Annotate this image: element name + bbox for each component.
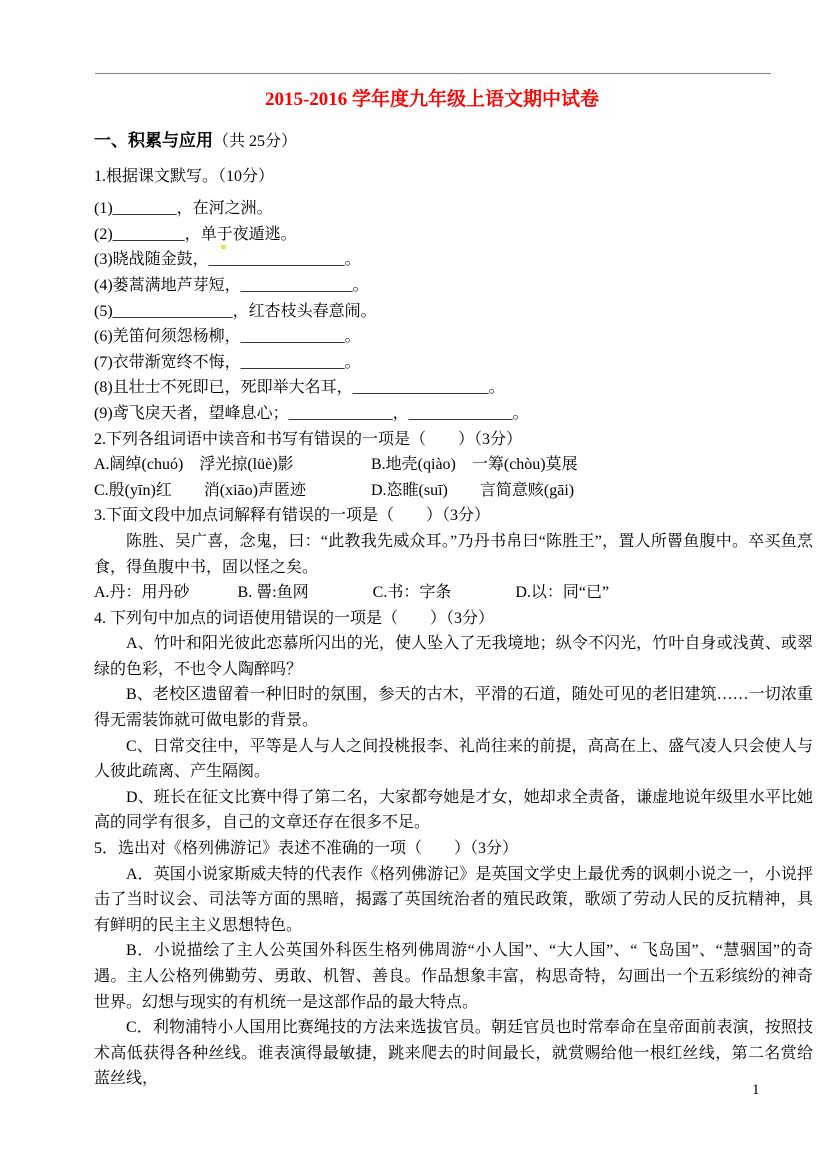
q4-option-b: B、老校区遗留着一种旧时的氛围，参天的古木，平滑的石道，随处可见的老旧建筑……一… [94, 682, 813, 733]
q4-option-d: D、班长在征文比赛中得了第二名，大家都夸她是才女，她却求全责备，谦虚地说年级里水… [94, 785, 813, 836]
q2-options-row-1: A.阔绰(chuó) 浮光掠(lüè)影B.地壳(qiào) 一筹(chòu)莫… [94, 452, 813, 478]
q1-item-1: (1)________，在河之洲。 [94, 196, 813, 222]
q2-option-c: C.殷(yīn)红 消(xiāo)声匿迹 [94, 478, 371, 504]
q2-option-d: D.恣睢(suī) 言简意赅(gāi) [371, 482, 574, 499]
q4-option-c: C、日常交往中，平等是人与人之间投桃报李、礼尚往来的前提，高高在上、盛气凌人只会… [94, 734, 813, 785]
q1-item-5: (5)_______________，红杏枝头春意闹。 [94, 299, 813, 325]
q5-option-c: C．利物浦特小人国用比赛绳技的方法来选拔官员。朝廷官员也时常奉命在皇帝面前表演，… [94, 1015, 813, 1092]
page-number: 1 [752, 1082, 760, 1099]
q5-option-b: B．小说描绘了主人公英国外科医生格列佛周游“小人国”、“大人国”、“ 飞岛国”、… [94, 938, 813, 1015]
q4-option-a: A、竹叶和阳光彼此恋慕所闪出的光，使人坠入了无我境地；纵令不闪光，竹叶自身或浅黄… [94, 631, 813, 682]
q1-item-7: (7)衣带渐宽终不悔，_____________。 [94, 350, 813, 376]
section-heading-suffix: （共 25分） [213, 133, 297, 150]
section-heading: 一、积累与应用（共 25分） [94, 128, 813, 155]
q2-option-b: B.地壳(qiào) 一筹(chòu)莫展 [371, 456, 578, 473]
q4-stem: 4. 下列句中加点的词语使用错误的一项是（ ）（3分） [94, 606, 813, 632]
q5-option-a: A．英国小说家斯威夫特的代表作《格列佛游记》是英国文学史上最优秀的讽刺小说之一，… [94, 862, 813, 939]
yellow-highlight-artifact [221, 245, 226, 249]
q1-item-8: (8)且壮士不死即已，死即举大名耳，_________________。 [94, 375, 813, 401]
q5-stem: 5．选出对《格列佛游记》表述不准确的一项（ ）（3分） [94, 836, 813, 862]
q1-item-9: (9)鸢飞戾天者，望峰息心；_____________，____________… [94, 401, 813, 427]
q2-stem: 2.下列各组词语中读音和书写有错误的一项是（ ）（3分） [94, 427, 813, 453]
document-content: 2015-2016 学年度九年级上语文期中试卷 一、积累与应用（共 25分） 1… [94, 84, 813, 1092]
q1-item-2: (2)_________，单于夜遁逃。 [94, 222, 813, 248]
exam-document-page: 2015-2016 学年度九年级上语文期中试卷 一、积累与应用（共 25分） 1… [0, 0, 827, 1170]
header-rule [95, 73, 771, 74]
q1-dictation-items: (1)________，在河之洲。 (2)_________，单于夜遁逃。 (3… [94, 196, 813, 426]
section-heading-bold: 一、积累与应用 [94, 131, 213, 150]
q1-item-3: (3)晓战随金鼓，_________________。 [94, 247, 813, 273]
q1-item-6: (6)羌笛何须怨杨柳，_____________。 [94, 324, 813, 350]
q3-stem: 3.下面文段中加点词解释有错误的一项是（ ）（3分） [94, 503, 813, 529]
q2-option-a: A.阔绰(chuó) 浮光掠(lüè)影 [94, 452, 371, 478]
q2-options-row-2: C.殷(yīn)红 消(xiāo)声匿迹D.恣睢(suī) 言简意赅(gāi) [94, 478, 813, 504]
q3-passage: 陈胜、吴广喜，念鬼，曰：“此教我先威众耳。”乃丹书帛曰“陈胜王”，置人所罾鱼腹中… [94, 529, 813, 580]
page-title: 2015-2016 学年度九年级上语文期中试卷 [94, 88, 770, 112]
q3-options-line: A.丹：用丹砂 B. 罾:鱼网 C.书：字条 D.以：同“已” [94, 580, 813, 606]
q1-stem: 1.根据课文默写。（10分） [94, 164, 813, 190]
q1-item-4: (4)蒌蒿满地芦芽短，______________。 [94, 273, 813, 299]
